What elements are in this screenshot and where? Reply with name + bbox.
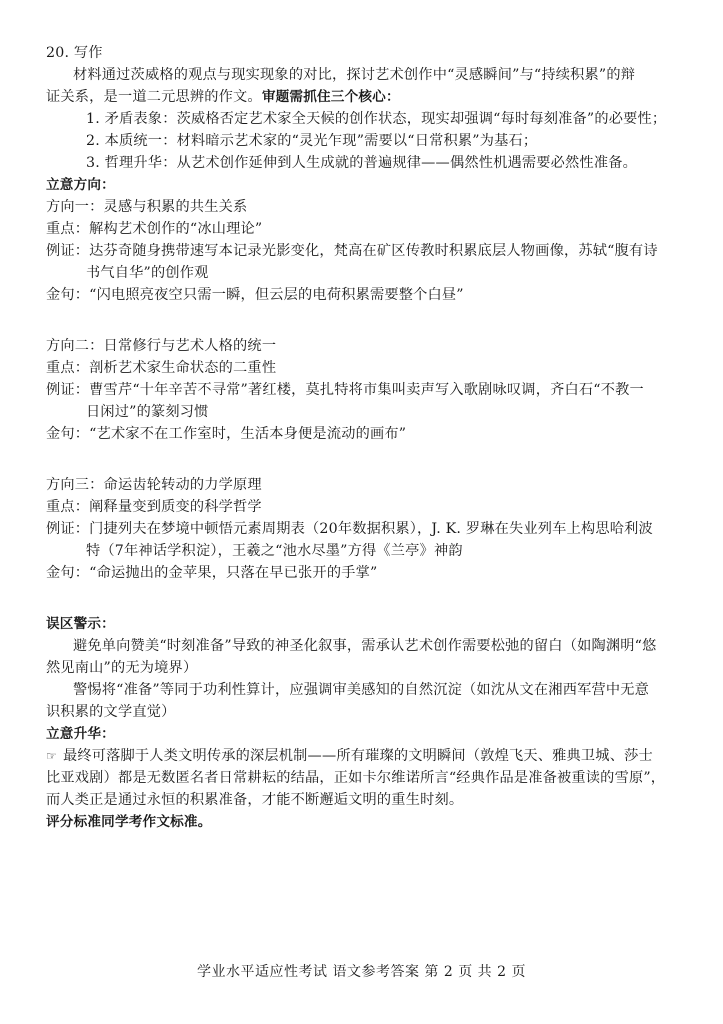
direction-3-example-2: 特（7年神话学积淀），王羲之“池水尽墨”方得《兰亭》神韵 [86, 541, 463, 561]
page-footer: 学业水平适应性考试 语文参考答案 第 2 页 共 2 页 [0, 961, 723, 981]
direction-3-example-1: 例证：门捷列夫在梦境中顿悟元素周期表（20年数据积累），J. K. 罗琳在失业列… [46, 519, 653, 539]
direction-2-example-1: 例证：曹雪芹“十年辛苦不寻常”著红楼，莫扎特将市集叫卖声写入歌剧咏叹调，齐白石“… [46, 380, 644, 400]
direction-1-quote: 金句：“闪电照亮夜空只需一瞬，但云层的电荷积累需要整个白昼” [46, 285, 464, 305]
elevation-line-1: ☞最终可落脚于人类文明传承的深层机制——所有璀璨的文明瞬间（敦煌飞天、雅典卫城、… [46, 746, 653, 766]
direction-2-focus: 重点：剖析艺术家生命状态的二重性 [46, 358, 276, 378]
core-item-2: 2. 本质统一：材料暗示艺术家的“灵光乍现”需要以“日常积累”为基石； [86, 131, 537, 151]
pointing-hand-icon: ☞ [46, 749, 57, 763]
warning-2-line-1: 警惕将“准备”等同于功利性算计，应强调审美感知的自然沉淀（如沈从文在湘西军营中无… [73, 680, 649, 700]
direction-2-quote: 金句：“艺术家不在工作室时，生活本身便是流动的画布” [46, 424, 406, 444]
elevation-line-2: 比亚戏剧）都是无数匿名者日常耕耘的结晶，正如卡尔维诺所言“经典作品是准备被重读的… [46, 768, 665, 788]
direction-2-example-2: 日闲过”的篆刻习惯 [86, 402, 209, 422]
warning-1-line-1: 避免单向赞美“时刻准备”导致的神圣化叙事，需承认艺术创作需要松弛的留白（如陶渊明… [73, 636, 656, 656]
direction-3-quote: 金句：“命运抛出的金苹果，只落在早已张开的手掌” [46, 563, 377, 583]
direction-1-focus: 重点：解构艺术创作的“冰山理论” [46, 219, 262, 239]
direction-3-focus: 重点：阐释量变到质变的科学哲学 [46, 497, 262, 517]
direction-1-title: 方向一：灵感与积累的共生关系 [46, 197, 247, 217]
intro-line-2: 证关系，是一道二元思辨的作文。审题需抓住三个核心： [46, 87, 400, 107]
directions-heading: 立意方向： [46, 175, 115, 195]
warning-2-line-2: 识积累的文学直觉） [46, 702, 176, 722]
warnings-heading: 误区警示： [46, 614, 115, 634]
scoring-note: 评分标准同学考作文标准。 [46, 812, 212, 832]
intro-line-1: 材料通过茨威格的观点与现实现象的对比，探讨艺术创作中“灵感瞬间”与“持续积累”的… [73, 65, 635, 85]
question-title: 20. 写作 [46, 43, 103, 63]
elevation-line-1-text: 最终可落脚于人类文明传承的深层机制——所有璀璨的文明瞬间（敦煌飞天、雅典卫城、莎… [63, 748, 653, 764]
direction-1-example-1: 例证：达芬奇随身携带速写本记录光影变化，梵高在矿区传教时积累底层人物画像，苏轼“… [46, 241, 658, 261]
warning-1-line-2: 然见南山”的无为境界） [46, 658, 197, 678]
core-item-3: 3. 哲理升华：从艺术创作延伸到人生成就的普遍规律——偶然性机遇需要必然性准备。 [86, 153, 637, 173]
direction-3-title: 方向三：命运齿轮转动的力学原理 [46, 475, 262, 495]
intro-bold: 审题需抓住三个核心： [262, 89, 400, 105]
direction-2-title: 方向二：日常修行与艺术人格的统一 [46, 336, 276, 356]
intro-plain: 证关系，是一道二元思辨的作文。 [46, 89, 262, 105]
answer-page: 20. 写作 材料通过茨威格的观点与现实现象的对比，探讨艺术创作中“灵感瞬间”与… [0, 0, 723, 1024]
direction-1-example-2: 书气自华”的创作观 [86, 263, 209, 283]
elevation-line-3: 而人类正是通过永恒的积累准备，才能不断邂逅文明的重生时刻。 [46, 790, 463, 810]
core-item-1: 1. 矛盾表象：茨威格否定艺术家全天候的创作状态，现实却强调“每时每刻准备”的必… [86, 109, 666, 129]
elevation-heading: 立意升华： [46, 724, 115, 744]
